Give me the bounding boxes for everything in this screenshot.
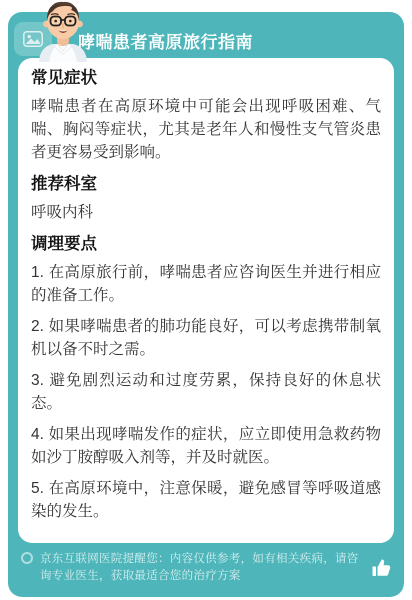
tip-item: 1. 在高原旅行前，哮喘患者应咨询医生并进行相应的准备工作。 [31, 261, 381, 307]
tips-heading: 调理要点 [31, 234, 381, 255]
department-heading: 推荐科室 [31, 174, 381, 195]
tips-list: 1. 在高原旅行前，哮喘患者应咨询医生并进行相应的准备工作。 2. 如果哮喘患者… [31, 261, 381, 523]
guide-card-frame: 哮喘患者高原旅行指南 常见症状 哮喘患者在高原环境中可能会出现呼吸困难、气喘、胸… [8, 12, 404, 597]
avatar-badge [14, 22, 52, 56]
content-card: 常见症状 哮喘患者在高原环境中可能会出现呼吸困难、气喘、胸闷等症状，尤其是老年人… [18, 58, 394, 543]
footer-disclaimer-bar: 京东互联网医院提醒您：内容仅供参考，如有相关疾病，请咨询专业医生，获取最适合您的… [8, 543, 404, 597]
symptoms-heading: 常见症状 [31, 68, 381, 89]
photo-card-icon [23, 31, 43, 47]
thumbs-up-icon [369, 556, 393, 580]
symptoms-text: 哮喘患者在高原环境中可能会出现呼吸困难、气喘、胸闷等症状，尤其是老年人和慢性支气… [31, 95, 381, 164]
tip-item: 5. 在高原环境中，注意保暖，避免感冒等呼吸道感染的发生。 [31, 477, 381, 523]
tip-item: 4. 如果出现哮喘发作的症状，应立即使用急救药物如沙丁胺醇吸入剂等，并及时就医。 [31, 423, 381, 469]
tip-item: 3. 避免剧烈运动和过度劳累，保持良好的休息状态。 [31, 369, 381, 415]
tip-item: 2. 如果哮喘患者的肺功能良好，可以考虑携带制氧机以备不时之需。 [31, 315, 381, 361]
disclaimer-text: 京东互联网医院提醒您：内容仅供参考，如有相关疾病，请咨询专业医生，获取最适合您的… [40, 551, 361, 585]
header-band: 哮喘患者高原旅行指南 [8, 12, 404, 58]
department-text: 呼吸内科 [31, 201, 381, 224]
page-title: 哮喘患者高原旅行指南 [78, 28, 253, 53]
info-circle-icon [21, 552, 33, 564]
like-button[interactable] [368, 555, 394, 581]
